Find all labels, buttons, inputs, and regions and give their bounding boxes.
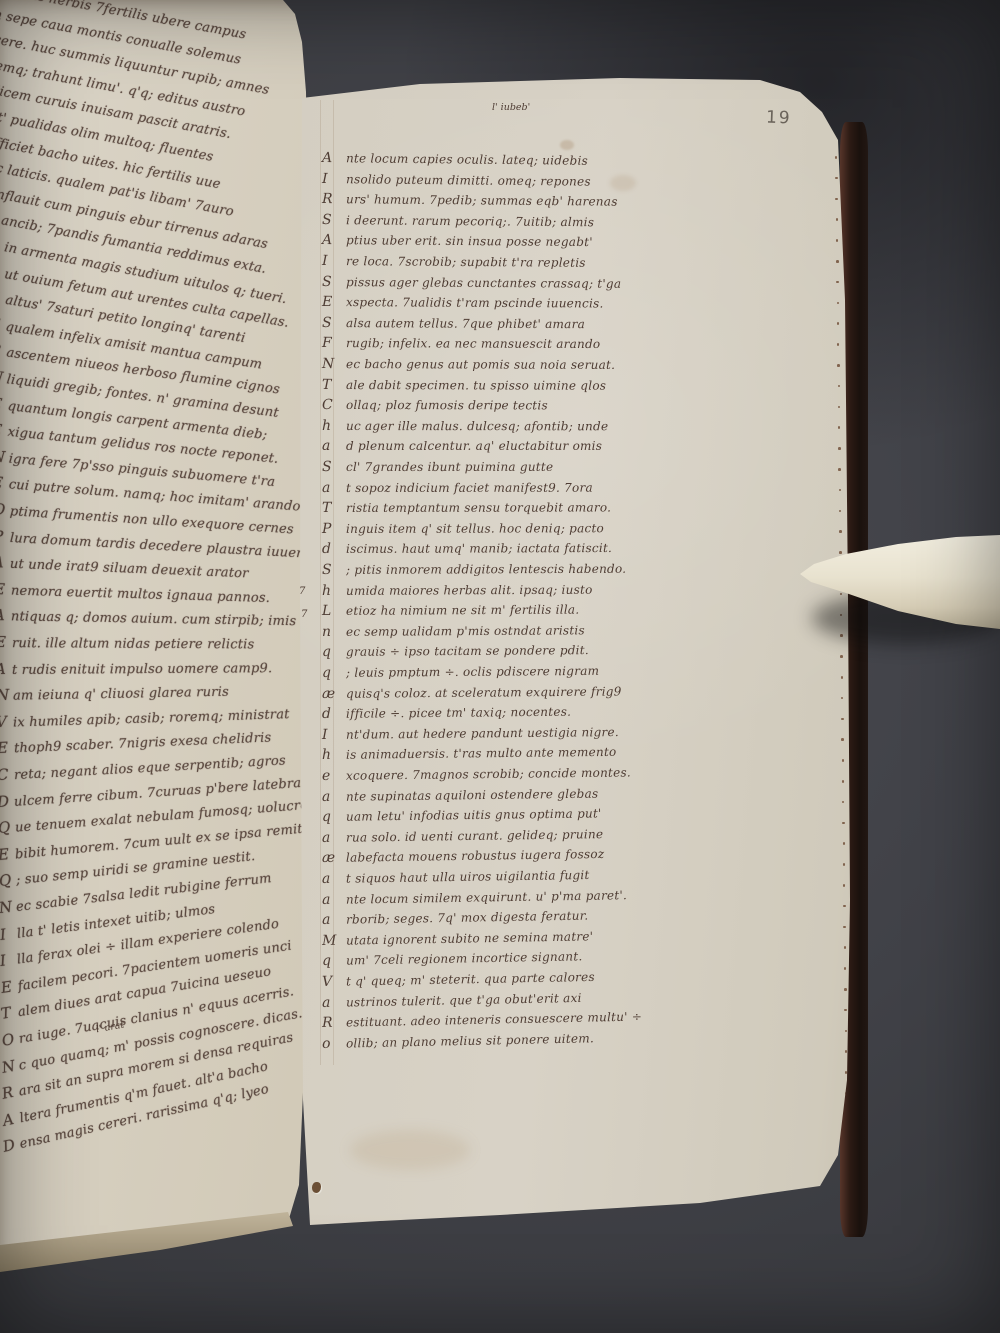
manuscript-line: austrinos tulerit. que t'ga obut'erit ax…	[322, 990, 582, 1011]
manuscript-line: Int'dum. aut hedere pandunt uestigia nig…	[322, 724, 619, 743]
line-text: nt'dum. aut hedere pandunt uestigia nigr…	[346, 725, 619, 742]
manuscript-line: ælabefacta mouens robustus iugera fossoz	[322, 846, 605, 866]
line-initial: o	[322, 1035, 346, 1051]
pricking-hole	[842, 801, 844, 804]
manuscript-photo: Quiq; frequens herbis 7fertilis ubere ca…	[0, 0, 1000, 1333]
manuscript-line: difficile ÷. picee tm' taxiq; nocentes.	[322, 704, 571, 722]
pricking-hole	[838, 406, 840, 409]
manuscript-line: Rurs' humum. 7pedib; summas eqb' harenas	[322, 191, 618, 210]
pricking-hole	[845, 1050, 847, 1053]
line-text: ec bacho genus aut pomis sua noia seruat…	[346, 357, 615, 372]
line-text: ; pitis inmorem addigitos lentescis habe…	[346, 562, 626, 577]
line-text: inguis item q' sit tellus. hoc deniq; pa…	[346, 521, 604, 536]
manuscript-line: Tale dabit specimen. tu spisso uimine ql…	[322, 377, 606, 394]
line-initial: I	[322, 171, 346, 187]
manuscript-line: Collaq; ploz fumosis deripe tectis	[322, 397, 548, 413]
line-initial: R	[322, 1015, 346, 1031]
pricking-hole	[835, 177, 837, 180]
line-initial: æ	[322, 685, 346, 701]
line-text: ifficile ÷. picee tm' taxiq; nocentes.	[346, 705, 571, 721]
pricking-hole	[844, 988, 846, 991]
manuscript-line: arborib; seges. 7q' mox digesta feratur.	[322, 908, 589, 928]
line-initial: a	[322, 480, 346, 496]
pricking-hole	[838, 426, 840, 429]
pricking-hole	[843, 842, 845, 845]
line-initial: a	[322, 438, 346, 454]
manuscript-line: Eruit. ille altum nidas petiere relictis	[0, 633, 254, 652]
manuscript-line: Insolido puteum dimitti. omeq; repones	[322, 171, 591, 190]
manuscript-line: excoquere. 7magnos scrobib; concide mont…	[322, 764, 631, 784]
pricking-hole	[843, 926, 845, 929]
line-text: nsolido puteum dimitti. omeq; repones	[346, 172, 591, 188]
line-text: am ieiuna q' cliuosi glarea ruris	[13, 685, 229, 704]
pricking-hole	[836, 218, 838, 221]
manuscript-line: Exspecta. 7ualidis t'ram pscinde iuuenci…	[322, 294, 604, 312]
line-initial: A	[322, 232, 346, 248]
manuscript-line: æquisq's coloz. at sceleratum exquirere …	[322, 683, 622, 702]
line-initial: E	[0, 580, 11, 598]
manuscript-line: huc ager ille malus. dulcesq; afontib; u…	[322, 418, 608, 434]
line-initial: V	[322, 974, 346, 990]
line-text: ptius uber erit. sin insua posse negabt'	[346, 234, 593, 250]
line-initial: S	[322, 315, 346, 331]
line-initial: S	[322, 459, 346, 475]
manuscript-line: S; pitis inmorem addigitos lentescis hab…	[322, 561, 626, 578]
catchword-gloss: l' iubeb'	[492, 102, 530, 113]
line-text: rua solo. id uenti curant. gelideq; prui…	[346, 827, 603, 845]
line-initial: F	[322, 335, 346, 351]
manuscript-line: arua solo. id uenti curant. gelideq; pru…	[322, 826, 603, 846]
pricking-hole	[838, 385, 840, 388]
manuscript-line: his animaduersis. t'ras multo ante memen…	[322, 744, 617, 763]
line-text: ; leuis pmptum ÷. oclis pdiscere nigram	[346, 664, 599, 680]
line-initial: T	[322, 377, 346, 393]
line-text: grauis ÷ ipso tacitam se pondere pdit.	[346, 644, 589, 660]
line-text: utata ignorent subito ne semina matre'	[346, 929, 593, 947]
manuscript-line: Vix humiles apib; casib; roremq; ministr…	[0, 704, 290, 731]
manuscript-line: Frugib; infelix. ea nec mansuescit arand…	[322, 335, 600, 352]
line-initial: Q	[0, 818, 16, 837]
line-text: iscimus. haut umq' manib; iactata fatisc…	[346, 541, 612, 556]
pricking-hole	[841, 676, 843, 679]
line-text: nte locum capies oculis. lateq; uidebis	[346, 151, 588, 168]
manuscript-line: Restituant. adeo inteneris consuescere m…	[322, 1009, 642, 1031]
line-initial: q	[322, 665, 346, 681]
line-initial: a	[322, 788, 346, 804]
line-text: nte locum similem exquirunt. u' p'ma par…	[346, 888, 627, 906]
manuscript-line: Letioz ha nimium ne sit m' fertilis illa…	[322, 602, 579, 619]
line-initial: q	[322, 953, 346, 969]
pricking-hole	[835, 156, 837, 159]
pricking-hole	[843, 863, 845, 866]
pricking-hole	[845, 1071, 847, 1074]
line-text: pissus ager glebas cunctantes crassaq; t…	[346, 275, 621, 291]
line-initial: S	[322, 562, 346, 578]
pricking-hole	[844, 946, 846, 949]
line-initial: N	[322, 356, 346, 372]
line-text: labefacta mouens robustus iugera fossoz	[346, 847, 605, 865]
manuscript-line: Pinguis item q' sit tellus. hoc deniq; p…	[322, 520, 604, 537]
line-text: quisq's coloz. at sceleratum exquirere f…	[346, 684, 622, 700]
pricking-hole	[845, 1030, 847, 1033]
line-text: uc ager ille malus. dulcesq; afontib; un…	[346, 419, 608, 433]
pricking-hole	[842, 780, 844, 783]
line-text: ruit. ille altum nidas petiere relictis	[12, 636, 254, 652]
line-initial: A	[322, 150, 346, 166]
line-initial: d	[322, 706, 346, 722]
manuscript-line: humida maiores herbas alit. ipsaq; iusto	[322, 581, 593, 598]
pricking-hole	[843, 884, 845, 887]
manuscript-line: Nam ieiuna q' cliuosi glarea ruris	[0, 682, 229, 704]
pricking-hole	[836, 260, 838, 263]
pricking-hole	[842, 822, 844, 825]
manuscript-line: Ire loca. 7scrobib; supabit t'ra repleti…	[322, 253, 586, 271]
line-text: nemora euertit multos ignaua pannos.	[11, 583, 271, 606]
line-initial: C	[322, 397, 346, 413]
ruling-line	[320, 100, 321, 1065]
line-text: d plenum calcentur. aq' eluctabitur omis	[346, 439, 602, 453]
line-text: rugib; infelix. ea nec mansuescit arando	[346, 336, 600, 351]
pricking-hole	[837, 343, 839, 346]
stain	[560, 140, 574, 150]
pricking-hole	[844, 1009, 846, 1012]
manuscript-line: Scl' 7grandes ibunt puimina gutte	[322, 459, 553, 475]
line-initial: h	[322, 747, 346, 763]
line-text: t sopoz indicium faciet manifest9. 7ora	[346, 480, 593, 494]
line-initial: a	[322, 891, 346, 907]
manuscript-line: ante locum similem exquirunt. u' p'ma pa…	[322, 887, 627, 908]
line-text: ristia temptantum sensu torquebit amaro.	[346, 501, 611, 516]
pricking-hole	[840, 655, 842, 658]
manuscript-line: Enemora euertit multos ignaua pannos.	[0, 580, 270, 606]
pricking-hole	[838, 447, 840, 450]
manuscript-line: ante supinatas aquiloni ostendere glebas	[322, 785, 599, 804]
line-initial: æ	[322, 850, 346, 866]
manuscript-line: q; leuis pmptum ÷. oclis pdiscere nigram	[322, 663, 599, 681]
line-text: i deerunt. rarum pecoriq;. 7uitib; almis	[346, 213, 594, 229]
pricking-hole	[839, 551, 841, 554]
manuscript-line: Tristia temptantum sensu torquebit amaro…	[322, 500, 611, 517]
pricking-hole	[843, 905, 845, 908]
line-initial: a	[322, 994, 346, 1010]
folio-number: 19	[766, 108, 792, 129]
pricking-hole	[837, 322, 839, 325]
manuscript-line: ad plenum calcentur. aq' eluctabitur omi…	[322, 438, 602, 454]
stain	[350, 1130, 470, 1170]
manuscript-line: qgrauis ÷ ipso tacitam se pondere pdit.	[322, 643, 589, 661]
line-initial: T	[322, 500, 346, 516]
manuscript-line: Nec bacho genus aut pomis sua noia serua…	[322, 356, 615, 373]
line-text: xspecta. 7ualidis t'ram pscinde iuuencis…	[346, 295, 604, 310]
pricking-hole	[836, 281, 838, 284]
line-initial: M	[322, 932, 346, 948]
line-initial: E	[322, 294, 346, 310]
line-initial: I	[322, 727, 346, 743]
line-initial: d	[322, 541, 346, 557]
line-text: umida maiores herbas alit. ipsaq; iusto	[346, 582, 593, 597]
manuscript-line: Salsa autem tellus. 7que phibet' amara	[322, 315, 585, 332]
line-text: ollib; an plano melius sit ponere uitem.	[346, 1031, 594, 1050]
manuscript-line: Antiquas q; domos auium. cum stirpib; im…	[0, 606, 297, 629]
pricking-hole	[839, 489, 841, 492]
line-text: ustrinos tulerit. que t'ga obut'erit axi	[346, 991, 582, 1010]
manuscript-line: discimus. haut umq' manib; iactata fatis…	[322, 540, 612, 557]
line-initial: P	[322, 521, 346, 537]
manuscript-line: qum' 7celi regionem incortice signant.	[322, 949, 583, 970]
line-text: t rudis enituit impulso uomere camp9.	[12, 661, 272, 678]
line-text: um' 7celi regionem incortice signant.	[346, 950, 583, 968]
manuscript-line: Vt q' queq; m' steterit. qua parte calor…	[322, 969, 595, 990]
line-initial: V	[0, 712, 13, 731]
manuscript-line: Aptius uber erit. sin insua posse negabt…	[322, 232, 593, 250]
line-initial: C	[0, 765, 14, 784]
pricking-hole	[837, 364, 839, 367]
line-initial: h	[322, 418, 346, 434]
line-initial: A	[0, 659, 12, 677]
pricking-hole	[841, 718, 843, 721]
line-text: ntiquas q; domos auium. cum stirpib; imi…	[11, 610, 297, 630]
line-text: urs' humum. 7pedib; summas eqb' harenas	[346, 192, 618, 208]
line-text: estituant. adeo inteneris consuescere mu…	[346, 1010, 642, 1030]
line-initial: a	[322, 912, 346, 928]
manuscript-line: Aut unde irat9 siluam deuexit arator	[0, 553, 249, 581]
line-initial: q	[322, 644, 346, 660]
pricking-hole	[837, 302, 839, 305]
manuscript-line: nec semp ualidam p'mis ostndat aristis	[322, 622, 585, 640]
line-text: t siquos haut ulla uiros uigilantia fugi…	[346, 868, 590, 886]
manuscript-line: Ante locum capies oculis. lateq; uidebis	[322, 150, 588, 169]
manuscript-line: at sopoz indicium faciet manifest9. 7ora	[322, 479, 593, 495]
line-text: is animaduersis. t'ras multo ante mement…	[346, 745, 617, 762]
line-initial: S	[322, 274, 346, 290]
line-initial: n	[322, 624, 346, 640]
line-text: re loca. 7scrobib; supabit t'ra repletis	[346, 254, 586, 270]
pricking-hole	[839, 530, 841, 533]
line-initial: S	[322, 212, 346, 228]
line-text: ec semp ualidam p'mis ostndat aristis	[346, 623, 585, 639]
line-initial: q	[322, 809, 346, 825]
line-initial: Q	[0, 871, 17, 891]
line-text: xcoquere. 7magnos scrobib; concide monte…	[346, 765, 631, 782]
manuscript-line: at siquos haut ulla uiros uigilantia fug…	[322, 867, 590, 887]
line-initial: a	[322, 871, 346, 887]
line-initial: I	[322, 253, 346, 269]
line-text: ix humiles apib; casib; roremq; ministra…	[13, 707, 290, 730]
pricking-hole	[836, 239, 838, 242]
manuscript-line: oollib; an plano melius sit ponere uitem…	[322, 1030, 594, 1052]
line-text: cl' 7grandes ibunt puimina gutte	[346, 460, 553, 474]
line-initial: a	[322, 829, 346, 845]
line-initial: A	[0, 606, 11, 624]
pricking-hole	[838, 468, 840, 471]
line-text: ale dabit specimen. tu spisso uimine qlo…	[346, 378, 606, 393]
line-text: ollaq; ploz fumosis deripe tectis	[346, 398, 548, 412]
manuscript-line: Si deerunt. rarum pecoriq;. 7uitib; almi…	[322, 212, 594, 230]
manuscript-line: Mutata ignorent subito ne semina matre'	[322, 928, 593, 949]
line-text: etioz ha nimium ne sit m' fertilis illa.	[346, 603, 579, 618]
line-initial: N	[0, 686, 13, 704]
line-initial: I	[0, 924, 18, 944]
line-initial: E	[0, 633, 12, 651]
line-text: alsa autem tellus. 7que phibet' amara	[346, 316, 585, 331]
line-text: nte supinatas aquiloni ostendere glebas	[346, 786, 599, 803]
line-text: uam letu' infodias uitis gnus optima put…	[346, 807, 602, 824]
pricking-hole	[840, 593, 842, 596]
pricking-hole	[835, 198, 837, 201]
manuscript-line: At rudis enituit impulso uomere camp9.	[0, 658, 273, 678]
line-initial: R	[322, 191, 346, 207]
pricking-hole	[839, 510, 841, 513]
line-text: rborib; seges. 7q' mox digesta feratur.	[346, 909, 589, 927]
pricking-hole	[844, 967, 846, 970]
line-initial: e	[322, 768, 346, 784]
stain	[610, 175, 636, 191]
manuscript-line: quam letu' infodias uitis gnus optima pu…	[322, 806, 602, 826]
line-initial: h	[322, 582, 346, 598]
gutter-mark: 7	[301, 609, 307, 620]
pricking-hole	[842, 759, 844, 762]
pricking-hole	[841, 738, 843, 741]
pricking-hole	[841, 697, 843, 700]
line-text: t q' queq; m' steterit. qua parte calore…	[346, 970, 595, 989]
line-text: ut unde irat9 siluam deuexit arator	[10, 557, 249, 582]
manuscript-line: Spissus ager glebas cunctantes crassaq; …	[322, 274, 621, 292]
line-initial: L	[322, 603, 346, 619]
line-initial: E	[0, 739, 14, 758]
